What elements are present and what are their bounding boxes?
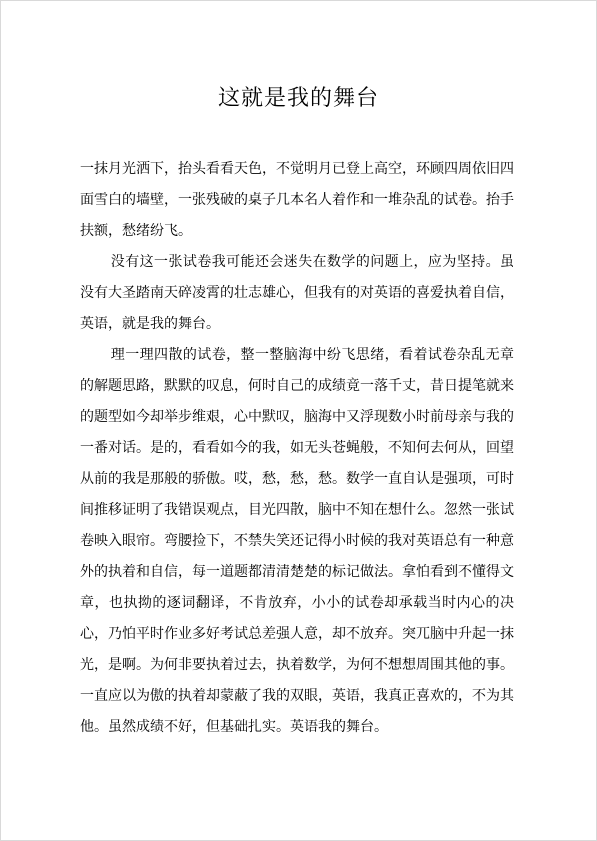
document-title: 这就是我的舞台	[1, 83, 596, 113]
paragraph-2: 没有这一张试卷我可能还会迷失在数学的问题上，应为坚持。虽没有大圣踏南天碎凌霄的壮…	[80, 246, 514, 339]
paragraph-3: 理一理四散的试卷，整一整脑海中纷飞思绪，看着试卷杂乱无章的解题思路，默默的叹息，…	[80, 339, 514, 742]
document-body: 一抹月光洒下，抬头看看天色，不觉明月已登上高空，环顾四周依旧四面雪白的墙壁，一张…	[1, 153, 596, 742]
paragraph-1: 一抹月光洒下，抬头看看天色，不觉明月已登上高空，环顾四周依旧四面雪白的墙壁，一张…	[80, 153, 514, 246]
document-page: 这就是我的舞台 一抹月光洒下，抬头看看天色，不觉明月已登上高空，环顾四周依旧四面…	[0, 0, 597, 841]
